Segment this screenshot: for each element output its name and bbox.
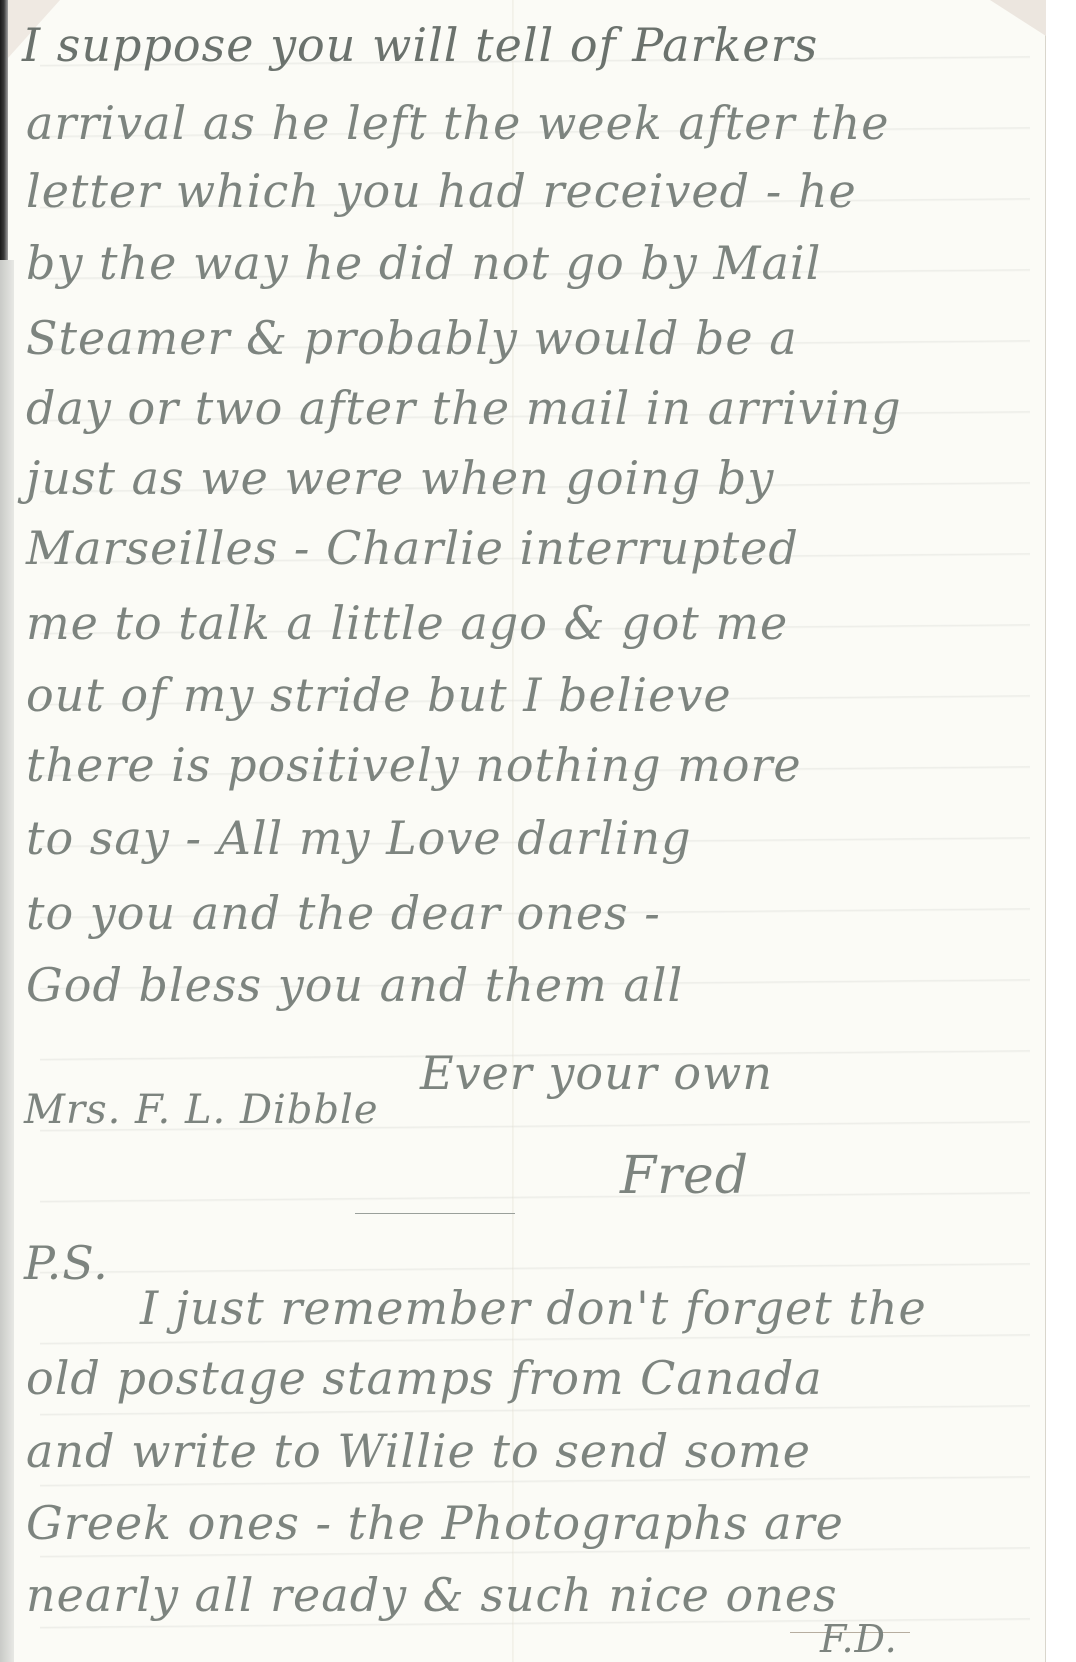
letter-line: Marseilles - Charlie interrupted	[26, 525, 799, 571]
letter-line: I suppose you will tell of Parkers	[22, 22, 818, 68]
initials: F.D.	[820, 1620, 898, 1658]
addressee: Mrs. F. L. Dibble	[24, 1090, 379, 1130]
letter-line: God bless you and them all	[26, 962, 683, 1008]
closing: Ever your own	[420, 1050, 773, 1096]
letter-line: me to talk a little ago & got me	[26, 600, 788, 646]
letter-line: just as we were when going by	[26, 455, 774, 501]
letter-line: by the way he did not go by Mail	[26, 240, 821, 286]
letter-line: arrival as he left the week after the	[26, 100, 889, 146]
postscript-line: I just remember don't forget the	[140, 1285, 927, 1331]
letter-line: Steamer & probably would be a	[26, 315, 798, 361]
letter-line: there is positively nothing more	[26, 742, 802, 788]
postscript-label: P.S.	[24, 1240, 109, 1286]
letter-line: to say - All my Love darling	[26, 815, 692, 861]
postscript-line: old postage stamps from Canada	[26, 1355, 823, 1401]
postscript-line: and write to Willie to send some	[26, 1428, 811, 1474]
signature: Fred	[620, 1150, 749, 1202]
postscript-line: Greek ones - the Photographs are	[26, 1500, 844, 1546]
postscript-line: nearly all ready & such nice ones	[26, 1572, 838, 1618]
letter-line: out of my stride but I believe	[26, 672, 732, 718]
letter-line: letter which you had received - he	[26, 168, 857, 214]
letter-body: I suppose you will tell of Parkers arriv…	[0, 0, 1076, 1662]
letter-line: day or two after the mail in arriving	[26, 385, 902, 431]
signoff-divider	[355, 1213, 515, 1214]
letter-line: to you and the dear ones -	[26, 890, 661, 936]
